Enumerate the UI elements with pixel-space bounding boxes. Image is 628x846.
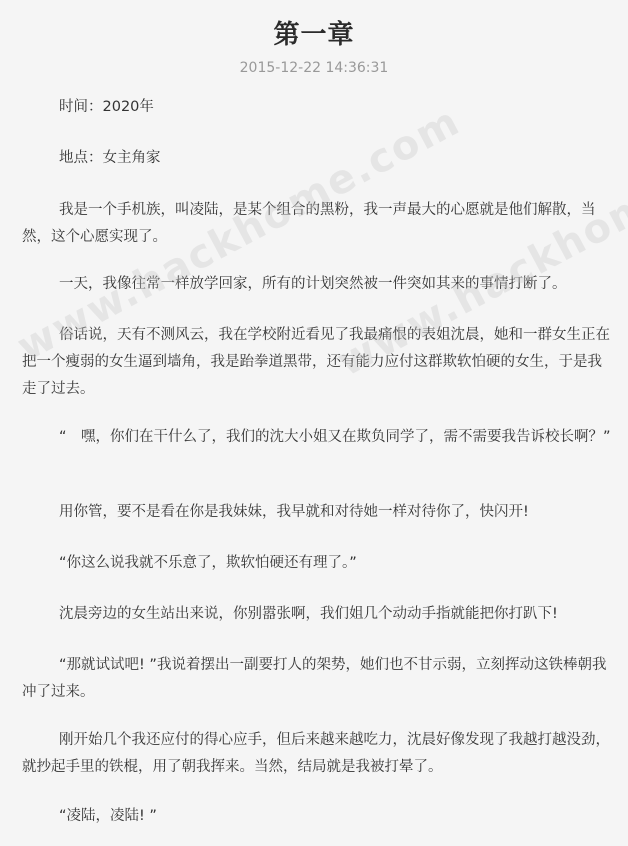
- paragraph: 一天，我像往常一样放学回家，所有的计划突然被一件突如其来的事情打断了。: [22, 271, 612, 298]
- paragraph: 沈晨旁边的女生站出来说，你别嚣张啊，我们姐几个动动手指就能把你打趴下!: [22, 601, 612, 628]
- paragraph: “凌陆，凌陆! ”: [22, 803, 612, 830]
- paragraph: 用你管，要不是看在你是我妹妹，我早就和对待她一样对待你了，快闪开!: [22, 499, 612, 526]
- chapter-title: 第一章: [0, 18, 628, 52]
- paragraph: “你这么说我就不乐意了，欺软怕硬还有理了。”: [22, 550, 612, 577]
- paragraph-time: 时间：2020年: [22, 94, 612, 121]
- paragraph: 俗话说，天有不测风云，我在学校附近看见了我最痛恨的表姐沈晨，她和一群女生正在把一…: [22, 322, 612, 403]
- paragraph-location: 地点：女主角家: [22, 145, 612, 172]
- paragraph: 我是一个手机族，叫凌陆，是某个组合的黑粉，我一声最大的心愿就是他们解散，当然，这…: [22, 197, 612, 251]
- paragraph: 刚开始几个我还应付的得心应手，但后来越来越吃力，沈晨好像发现了我越打越没劲，就抄…: [22, 727, 612, 781]
- paragraph: “那就试试吧! ”我说着摆出一副要打人的架势，她们也不甘示弱，立刻挥动这铁棒朝我…: [22, 652, 612, 706]
- paragraph: “ 嘿，你们在干什么了，我们的沈大小姐又在欺负同学了，需不需要我告诉校长啊？”: [22, 424, 612, 451]
- publish-date: 2015-12-22 14:36:31: [0, 58, 628, 78]
